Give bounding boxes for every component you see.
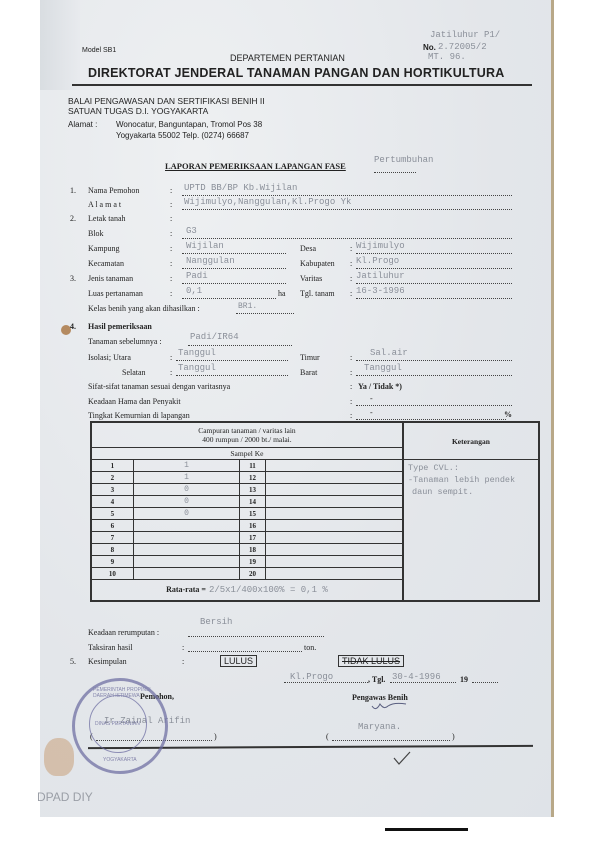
kesimpulan-label: Kesimpulan [88, 657, 127, 666]
luas-value: 0,1 [186, 286, 202, 296]
sample-number: 1 [91, 460, 133, 472]
sample-value [265, 520, 403, 532]
selatan-value: Tanggul [178, 363, 216, 373]
pengawas-signature [370, 700, 410, 714]
sampel-ke-header: Sampel Ke [91, 448, 403, 460]
sample-value [133, 568, 240, 580]
jenis-tanaman-value: Padi [186, 271, 208, 281]
isolasi-utara-label: Isolasi; Utara [88, 353, 131, 362]
rata-rata-row: Rata-rata =2/5x1/400x100% = 0,1 % [91, 580, 403, 602]
keterangan-notes: Type CVL.: -Tanaman lebih pendek daun se… [408, 462, 515, 498]
kampung-label: Kampung [88, 244, 120, 253]
barat-label: Barat [300, 368, 317, 377]
binding-spine [40, 0, 80, 90]
sample-number: 6 [91, 520, 133, 532]
sample-value: 1 [133, 472, 240, 484]
tgl-tanam-value: 16-3-1996 [356, 286, 405, 296]
kelas-benih-label: Kelas benih yang akan dihasilkan : [88, 304, 200, 313]
official-stamp: PEMERINTAH PROPINSI DAERAH ISTIMEWA DINA… [72, 678, 168, 774]
office-line2: SATUAN TUGAS D.I. YOGYAKARTA [68, 106, 208, 116]
sample-value: 0 [133, 496, 240, 508]
archive-watermark: DPAD DIY [37, 790, 93, 804]
nama-pemohon-label: Nama Pemohon [88, 186, 139, 195]
handwritten-ref: Jatiluhur P1/ [430, 30, 500, 40]
sample-number: 17 [240, 532, 265, 544]
nama-pemohon-value: UPTD BB/BP Kb.Wijilan [184, 183, 297, 193]
blok-value: G3 [186, 226, 197, 236]
hama-label: Keadaan Hama dan Penyakit [88, 397, 181, 406]
sample-value [265, 568, 403, 580]
sample-value [265, 532, 403, 544]
sample-value [265, 496, 403, 508]
address-label: Alamat : [68, 120, 97, 129]
ministry-name: DEPARTEMEN PERTANIAN [230, 53, 345, 63]
jenis-tanaman-label: Jenis tanaman [88, 274, 133, 283]
timur-value: Sal.air [370, 348, 408, 358]
varitas-label: Varitas [300, 274, 322, 283]
alamat-label: A l a m a t [88, 200, 121, 209]
checkmark-icon [392, 750, 412, 766]
kecamatan-label: Kecamatan [88, 259, 124, 268]
sample-value [265, 544, 403, 556]
report-phase: Pertumbuhan [374, 155, 433, 165]
sample-number: 19 [240, 556, 265, 568]
office-line1: BALAI PENGAWASAN DAN SERTIFIKASI BENIH I… [68, 96, 265, 106]
sample-number: 15 [240, 508, 265, 520]
sample-number: 2 [91, 472, 133, 484]
rata-rata-value: 2/5x1/400x100% = 0,1 % [209, 585, 328, 595]
sample-number: 12 [240, 472, 265, 484]
sample-value: 0 [133, 508, 240, 520]
report-title: LAPORAN PEMERIKSAAN LAPANGAN FASE [165, 161, 346, 171]
alamat-value: Wijimulyo,Nanggulan,Kl.Progo Yk [184, 197, 351, 207]
mt-value: MT. 96. [428, 52, 466, 62]
desa-label: Desa [300, 244, 316, 253]
taksiran-label: Taksiran hasil [88, 643, 133, 652]
sample-value: 1 [133, 460, 240, 472]
model-code: Model SB1 [82, 47, 116, 54]
sample-number: 7 [91, 532, 133, 544]
sample-value [265, 460, 403, 472]
no-label: No. [423, 43, 436, 52]
sample-number: 5 [91, 508, 133, 520]
sample-table: Campuran tanaman / varitas lain 400 rump… [90, 421, 540, 602]
sign-date: 30-4-1996 [392, 672, 441, 682]
kabupaten-label: Kabupaten [300, 259, 335, 268]
tanaman-sebelumnya-label: Tanaman sebelumnya : [88, 337, 162, 346]
sample-number: 9 [91, 556, 133, 568]
table-header-line1: Campuran tanaman / varitas lain [92, 426, 402, 435]
hasil-title: Hasil pemeriksaan [88, 322, 152, 331]
tanaman-sebelumnya-value: Padi/IR64 [190, 332, 239, 342]
rata-rata-label: Rata-rata = [166, 585, 206, 594]
blok-label: Blok [88, 229, 104, 238]
emblem-icon [44, 738, 74, 776]
tgl-tanam-label: Tgl. tanam [300, 289, 335, 298]
sample-value [133, 556, 240, 568]
sample-value [265, 556, 403, 568]
varitas-value: Jatiluhur [356, 271, 405, 281]
utara-value: Tanggul [178, 348, 216, 358]
tidak-lulus-box: TIDAK LULUS [338, 655, 404, 667]
sample-number: 18 [240, 544, 265, 556]
sifat-label: Sifat-sifat tanaman sesuai dengan varita… [88, 382, 230, 391]
pengawas-name: Maryana. [358, 722, 401, 732]
luas-label: Luas pertanaman [88, 289, 143, 298]
hama-value: - [370, 394, 373, 403]
table-header-line2: 400 rumpun / 2000 bt./ malai. [92, 435, 402, 444]
address-line2: Yogyakarta 55002 Telp. (0274) 66687 [116, 131, 249, 140]
sifat-value: Ya / Tidak *) [358, 382, 402, 391]
sample-number: 10 [91, 568, 133, 580]
rerumputan-value: Bersih [200, 617, 232, 627]
sample-value [265, 484, 403, 496]
sample-value [265, 508, 403, 520]
letak-tanah-label: Letak tanah [88, 214, 126, 223]
kabupaten-value: Kl.Progo [356, 256, 399, 266]
selatan-label: Selatan [122, 368, 146, 377]
lulus-box: LULUS [220, 655, 257, 667]
kemurnian-label: Tingkat Kemurnian di lapangan [88, 411, 190, 420]
timur-label: Timur [300, 353, 320, 362]
sample-number: 16 [240, 520, 265, 532]
footer-bar [385, 828, 468, 831]
desa-value: Wijimulyo [356, 241, 405, 251]
directorate-title: DIREKTORAT JENDERAL TANAMAN PANGAN DAN H… [88, 66, 504, 80]
sample-number: 20 [240, 568, 265, 580]
kelas-benih-value: BR1. [238, 302, 257, 311]
sample-value [133, 520, 240, 532]
sample-number: 8 [91, 544, 133, 556]
sample-number: 11 [240, 460, 265, 472]
sample-value [133, 544, 240, 556]
page-edge [551, 0, 554, 817]
header-rule [72, 84, 532, 86]
sample-value [265, 472, 403, 484]
kampung-value: Wijilan [186, 241, 224, 251]
sample-number: 4 [91, 496, 133, 508]
barat-value: Tanggul [364, 363, 402, 373]
sample-number: 13 [240, 484, 265, 496]
kemurnian-value: - [370, 408, 373, 417]
sign-place: Kl.Progo [290, 672, 333, 682]
kecamatan-value: Nanggulan [186, 256, 235, 266]
sample-value [133, 532, 240, 544]
address-line1: Wonocatur, Banguntapan, Tromol Pos 38 [116, 120, 262, 129]
keterangan-header: Keterangan [403, 422, 539, 460]
sample-number: 14 [240, 496, 265, 508]
sample-value: 0 [133, 484, 240, 496]
no-value: 2.72005/2 [438, 42, 487, 52]
rerumputan-label: Keadaan rerumputan : [88, 628, 159, 637]
sample-number: 3 [91, 484, 133, 496]
